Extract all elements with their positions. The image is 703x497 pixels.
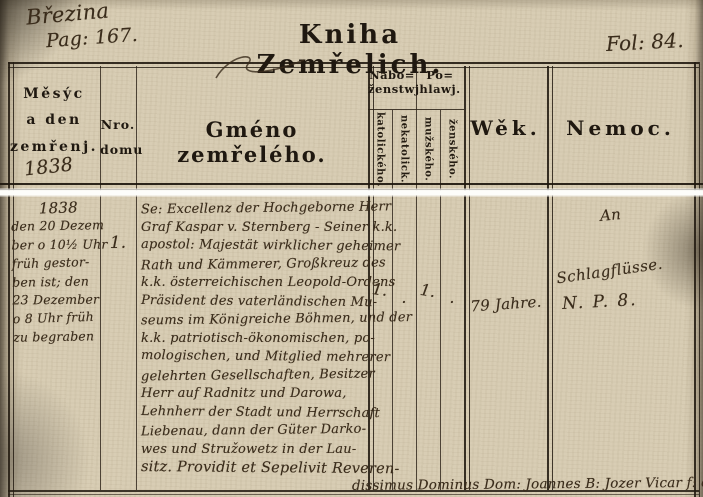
entry-date-line: zu begraben (13, 327, 101, 347)
entry-date-line: 1838 (11, 198, 100, 219)
entry-name-line: Lehnherr der Stadt und Herrschaft (141, 402, 371, 423)
header-sub-catholic: katolického. (375, 112, 386, 187)
header-religion-line1: Nábo= (368, 68, 416, 82)
header-month-line3: zemřenj. (8, 139, 100, 155)
entry-date-column: 1838 den 20 Dezem ber o 10½ Uhr früh ges… (11, 198, 102, 347)
entry-name-line: apostol: Majestät wirklicher geheimer (141, 236, 371, 257)
folio-note: Fol: 84. (605, 28, 684, 56)
header-name-column: Gméno zemřelého. (136, 117, 368, 167)
entry-name-line: k.k. patriotisch-ökonomischen, po- (141, 330, 371, 349)
header-sex-line2: hlawj. (416, 82, 464, 96)
entry-date-line: früh gestor- (12, 253, 101, 274)
header-year-handwritten: 1838 (23, 153, 74, 180)
entry-name-line: seums im Königreiche Böhmen, und der (141, 310, 371, 331)
header-house-line1: Nro. (100, 117, 136, 132)
page-number-note: Pag: 167. (45, 24, 138, 52)
entry-name-line: Rath und Kämmerer, Großkreuz des (141, 254, 371, 275)
entry-religion-catholic-mark: 1. (367, 278, 393, 300)
header-house-line2: domu (100, 142, 136, 157)
header-sub-male: mužského. (423, 117, 434, 181)
header-month-line2: a den (8, 112, 100, 128)
entry-disease-line3: N. P. 8. (562, 290, 639, 314)
entry-name-line: Graf Kaspar v. Sternberg - Seiner k.k. (141, 219, 371, 238)
entry-house-number: 1. (104, 233, 132, 253)
entry-date-line: den 20 Dezem (11, 217, 99, 237)
place-note: Březina (25, 0, 110, 30)
entry-name-line: wes und Stružowetz in der Lau- (141, 441, 371, 460)
entry-date-line: o 8 Uhr früh (13, 308, 102, 329)
entry-name-column: Se: Excellenz der Hochgeborne Herr Graf … (141, 200, 371, 478)
entry-disease-line2: Schlagflüsse. (555, 255, 664, 288)
header-disease-column: Nemoc. (547, 116, 694, 140)
scan-seam-white-strip (0, 188, 703, 197)
header-age-column: Wěk. (464, 116, 547, 140)
header-religion-group: Nábo= ženstwj (368, 68, 416, 96)
entry-religion-noncatholic-mark: . (392, 288, 416, 307)
entry-name-line: Herr auf Radnitz und Darowa, (141, 385, 371, 404)
entry-date-line: ben ist; den (12, 272, 100, 292)
entry-name-line: Liebenau, dann der Güter Darko- (141, 421, 371, 442)
entry-age: 79 Jahre. (465, 292, 546, 316)
header-sub-female: ženského. (447, 119, 458, 179)
entry-sex-male-mark: 1. (415, 279, 442, 302)
entry-sex-female-mark: . (440, 288, 464, 307)
header-sex-group: Po= hlawj. (416, 68, 464, 96)
entry-name-line: Präsident des vaterländischen Mu- (141, 291, 371, 312)
entry-date-line: 23 Dezember (12, 291, 100, 310)
death-register-scan-page: Březina Pag: 167. Kniha Zemřelich. Fol: … (0, 0, 703, 497)
entry-name-line: gelehrten Gesellschaften, Besitzer (141, 365, 371, 386)
entry-name-line: mologischen, und Mitglied mehrerer (141, 347, 371, 368)
header-month-line1: Měsýc (8, 86, 100, 102)
header-sub-noncatholic: nekatolick. (399, 115, 410, 183)
subheader-rule (368, 109, 464, 110)
entry-overflow-line: dissimus Dominus Dom: Joannes B: Jozer V… (352, 474, 703, 494)
header-religion-line2: ženstwj (368, 82, 416, 96)
header-sex-line1: Po= (416, 68, 464, 82)
entry-date-line: ber o 10½ Uhr (11, 235, 99, 254)
entry-name-line: Se: Excellenz der Hochgeborne Herr (141, 199, 371, 220)
ink-flourish (212, 52, 312, 82)
entry-disease-line1: An (599, 205, 621, 225)
table-border-right (694, 62, 700, 497)
entry-name-line: k.k. österreichischen Leopold-Ordens (141, 274, 371, 293)
entry-name-line: sitz. Providit et Sepelivit Reveren- (141, 458, 371, 479)
